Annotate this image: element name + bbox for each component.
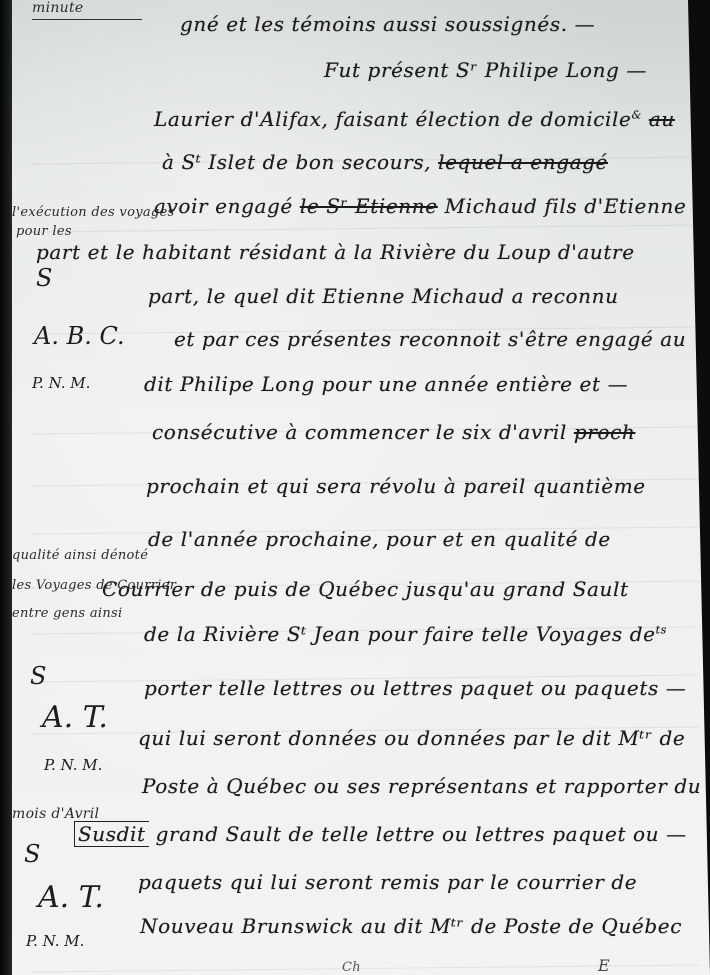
text-line-3-main: Laurier d'Alifax, faisant élection de do… bbox=[154, 107, 631, 131]
text-line-6: part et le habitant résidant à la Rivièr… bbox=[36, 240, 635, 264]
text-line-15: porter telle lettres ou lettres paquet o… bbox=[144, 676, 686, 700]
text-line-4-main: à Sᵗ Islet de bon secours, bbox=[162, 150, 431, 174]
notary-initials: P. N. M. bbox=[44, 756, 102, 774]
text-line-13: Courrier de puis de Québec jusqu'au gran… bbox=[102, 577, 629, 601]
text-line-12: de l'année prochaine, pour et en qualité… bbox=[148, 527, 611, 551]
struck-text: le Sʳ Etienne bbox=[300, 194, 438, 218]
insertion-mark: ts bbox=[656, 623, 667, 636]
margin-note: l'exécution des voyages bbox=[12, 205, 175, 220]
text-line-2: Fut présent Sʳ Philipe Long — bbox=[324, 58, 647, 82]
text-line-18-main: grand Sault de telle lettre ou lettres p… bbox=[156, 822, 687, 846]
margin-note: pour les bbox=[16, 224, 72, 239]
binding-edge bbox=[0, 0, 14, 975]
heading-rule bbox=[32, 19, 142, 20]
text-line-11: prochain et qui sera révolu à pareil qua… bbox=[146, 474, 646, 498]
struck-text: au bbox=[649, 107, 675, 131]
paraph-mark: S bbox=[24, 840, 40, 868]
text-line-19: paquets qui lui seront remis par le cour… bbox=[138, 870, 637, 894]
minute-heading: minute bbox=[32, 0, 84, 16]
scan-frame: minute gné et les témoins aussi soussign… bbox=[0, 0, 710, 975]
paraph-mark: S bbox=[36, 264, 52, 292]
text-line-8: et par ces présentes reconnoit s'être en… bbox=[174, 327, 686, 351]
margin-note: mois d'Avril bbox=[12, 806, 99, 822]
boxed-word: Susdit bbox=[74, 821, 149, 847]
notary-initials: P. N. M. bbox=[32, 374, 90, 392]
text-line-16: qui lui seront données ou données par le… bbox=[138, 726, 685, 750]
text-line-14-main: de la Rivière Sᵗ Jean pour faire telle V… bbox=[144, 622, 656, 646]
text-line-9: dit Philipe Long pour une année entière … bbox=[144, 372, 628, 396]
text-line-5: avoir engagé le Sʳ Etienne Michaud fils … bbox=[154, 194, 686, 218]
text-line-3: Laurier d'Alifax, faisant élection de do… bbox=[154, 107, 675, 131]
text-line-17: Poste à Québec ou ses représentans et ra… bbox=[142, 774, 701, 798]
initials-mark: A. B. C. bbox=[34, 322, 125, 350]
text-line-5-end: Michaud fils d'Etienne bbox=[445, 194, 687, 218]
margin-note: qualité ainsi dénoté bbox=[12, 548, 148, 563]
manuscript-page: minute gné et les témoins aussi soussign… bbox=[12, 0, 710, 975]
struck-text: proch bbox=[574, 420, 636, 444]
text-line-7: part, le quel dit Etienne Michaud a reco… bbox=[148, 284, 619, 308]
bottom-fragment: E bbox=[598, 956, 610, 975]
text-line-18: Susdit grand Sault de telle lettre ou le… bbox=[74, 822, 687, 846]
notary-initials: P. N. M. bbox=[26, 932, 84, 950]
text-line-4: à Sᵗ Islet de bon secours, lequel a enga… bbox=[162, 150, 608, 174]
initials-mark: A. T. bbox=[42, 700, 108, 735]
initials-mark: A. T. bbox=[38, 880, 104, 915]
paraph-mark: S bbox=[30, 662, 46, 690]
margin-note: les Voyages de Courrier bbox=[12, 578, 176, 593]
margin-note: entre gens ainsi bbox=[12, 606, 122, 621]
text-line-10-main: consécutive à commencer le six d'avril bbox=[152, 420, 567, 444]
text-line-1: gné et les témoins aussi soussignés. — bbox=[180, 12, 595, 36]
struck-text: lequel a engagé bbox=[438, 150, 608, 174]
insertion-mark: & bbox=[631, 108, 641, 121]
text-line-14: de la Rivière Sᵗ Jean pour faire telle V… bbox=[144, 622, 667, 646]
bottom-fragment: Ch bbox=[342, 960, 361, 975]
text-line-10: consécutive à commencer le six d'avril p… bbox=[152, 420, 635, 444]
text-line-20: Nouveau Brunswick au dit Mᵗʳ de Poste de… bbox=[140, 914, 682, 938]
